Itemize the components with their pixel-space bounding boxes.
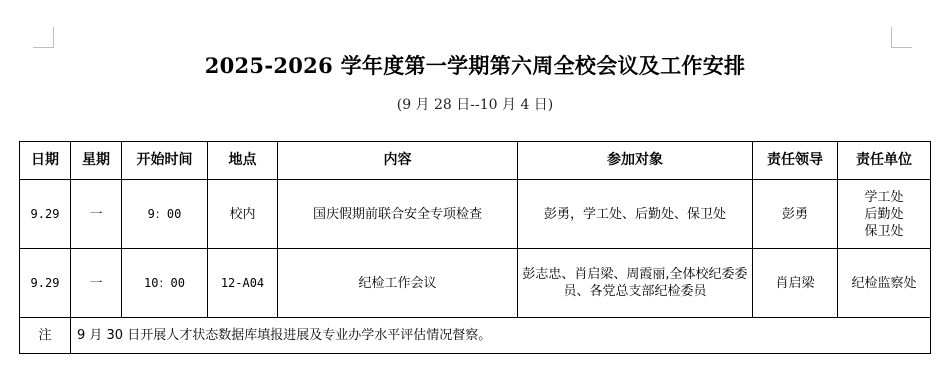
cell-units: 学工处 后勤处 保卫处 <box>838 180 931 249</box>
cell-leader: 彭勇 <box>753 180 838 249</box>
table-header-row: 日期 星期 开始时间 地点 内容 参加对象 责任领导 责任单位 <box>20 142 931 180</box>
cell-date: 9.29 <box>20 249 71 318</box>
note-label: 注 <box>20 318 71 354</box>
cell-content: 纪检工作会议 <box>278 249 518 318</box>
header-start-time: 开始时间 <box>122 142 208 180</box>
cell-content: 国庆假期前联合安全专项检查 <box>278 180 518 249</box>
header-units: 责任单位 <box>838 142 931 180</box>
header-content: 内容 <box>278 142 518 180</box>
cell-date: 9.29 <box>20 180 71 249</box>
unit-item: 保卫处 <box>842 223 926 240</box>
cell-location: 校内 <box>208 180 278 249</box>
note-text: 9 月 30 日开展人才状态数据库填报进展及专业办学水平评估情况督察。 <box>71 318 931 354</box>
schedule-table: 日期 星期 开始时间 地点 内容 参加对象 责任领导 责任单位 9.29 一 9… <box>19 141 931 354</box>
document-title: 2025-2026 学年度第一学期第六周全校会议及工作安排 <box>0 50 950 80</box>
header-weekday: 星期 <box>71 142 122 180</box>
unit-item: 学工处 <box>842 189 926 206</box>
header-attendees: 参加对象 <box>518 142 753 180</box>
header-date: 日期 <box>20 142 71 180</box>
page-margin-corner-top-right <box>891 27 912 48</box>
header-leader: 责任领导 <box>753 142 838 180</box>
cell-start-time: 9：00 <box>122 180 208 249</box>
document-date-range: (9 月 28 日--10 月 4 日) <box>0 94 950 114</box>
cell-weekday: 一 <box>71 249 122 318</box>
cell-attendees: 彭勇，学工处、后勤处、保卫处 <box>518 180 753 249</box>
cell-location: 12-A04 <box>208 249 278 318</box>
header-location: 地点 <box>208 142 278 180</box>
cell-leader: 肖启梁 <box>753 249 838 318</box>
cell-attendees: 彭志忠、肖启梁、周霞丽,全体校纪委委员、各党总支部纪检委员 <box>518 249 753 318</box>
table-note-row: 注 9 月 30 日开展人才状态数据库填报进展及专业办学水平评估情况督察。 <box>20 318 931 354</box>
cell-weekday: 一 <box>71 180 122 249</box>
page-margin-corner-top-left <box>33 27 54 48</box>
cell-units: 纪检监察处 <box>838 249 931 318</box>
table-row: 9.29 一 9：00 校内 国庆假期前联合安全专项检查 彭勇，学工处、后勤处、… <box>20 180 931 249</box>
cell-start-time: 10：00 <box>122 249 208 318</box>
table-row: 9.29 一 10：00 12-A04 纪检工作会议 彭志忠、肖启梁、周霞丽,全… <box>20 249 931 318</box>
unit-item: 后勤处 <box>842 206 926 223</box>
